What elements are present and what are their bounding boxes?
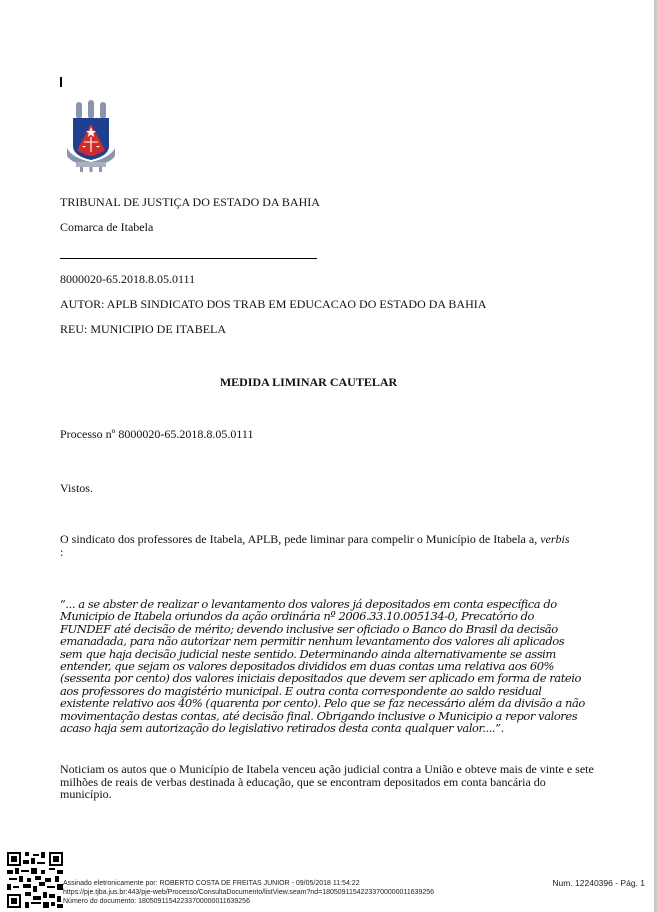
header-divider — [60, 258, 317, 259]
process-line: Processo nº 8000020-65.2018.8.05.0111 — [60, 427, 254, 442]
court-name: TRIBUNAL DE JUSTIÇA DO ESTADO DA BAHIA — [60, 195, 320, 210]
quoted-request: “... a se abster de realizar o levantame… — [60, 598, 585, 734]
document-url[interactable]: https://pje.tjba.jus.br:443/pje-web/Proc… — [63, 889, 434, 896]
vistos-line: Vistos. — [60, 481, 93, 496]
district-name: Comarca de Itabela — [60, 220, 153, 235]
signature-line: Assinado eletronicamente por: ROBERTO CO… — [63, 880, 360, 887]
page-number: Num. 12240396 - Pág. 1 — [552, 878, 645, 888]
intro-paragraph: O sindicato dos professores de Itabela, … — [60, 533, 600, 559]
plaintiff-line: AUTOR: APLB SINDICATO DOS TRAB EM EDUCAC… — [60, 297, 486, 312]
qr-code-icon — [7, 852, 63, 908]
text-cursor — [60, 77, 62, 87]
intro-text: O sindicato dos professores de Itabela, … — [60, 532, 537, 546]
case-number: 8000020-65.2018.8.05.0111 — [60, 272, 195, 287]
document-number: Número do documento: 1805091154223370000… — [63, 898, 250, 905]
bahia-coat-of-arms-icon — [64, 100, 118, 172]
document-title: MEDIDA LIMINAR CAUTELAR — [0, 375, 617, 390]
intro-colon: : — [60, 545, 63, 559]
intro-verbis: verbis — [540, 532, 569, 546]
defendant-line: REU: MUNICIPIO DE ITABELA — [60, 322, 226, 337]
facts-paragraph: Noticiam os autos que o Município de Ita… — [60, 763, 600, 801]
